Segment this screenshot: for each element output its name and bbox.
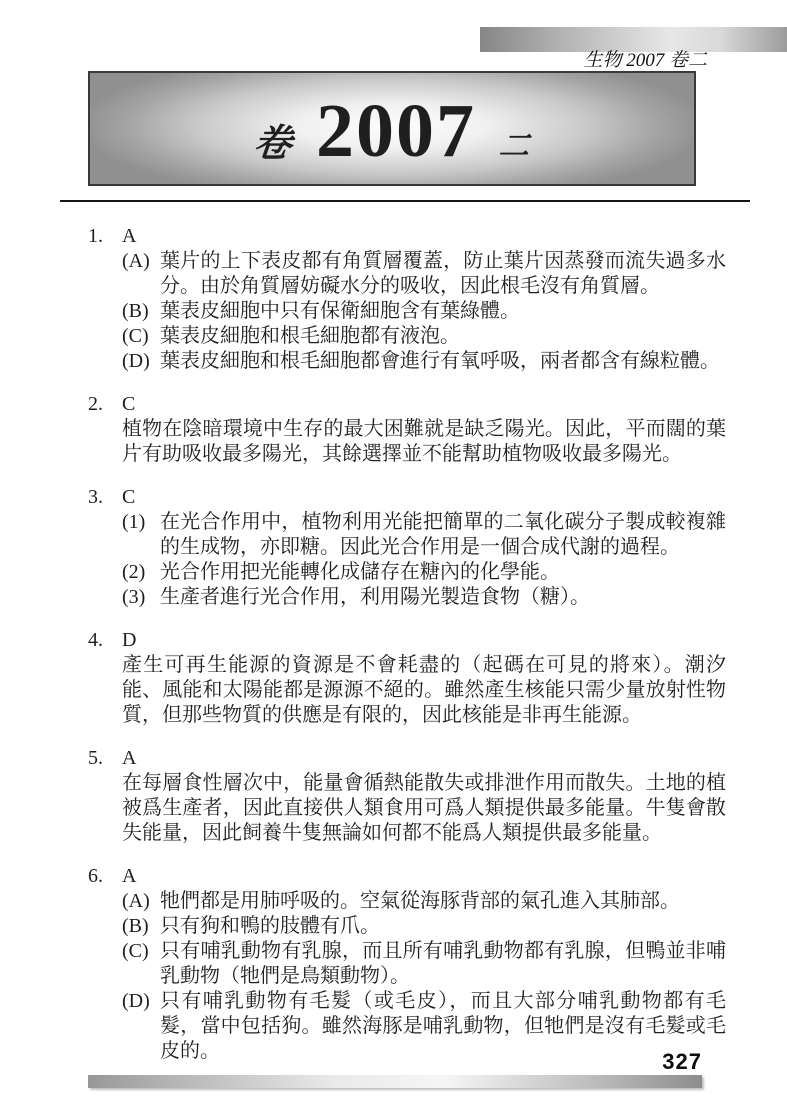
horizontal-rule xyxy=(60,200,750,202)
document-page: 生物 2007 卷二 卷 2007 二 1. A (A) 葉片的上下表皮都有角質… xyxy=(0,0,787,1117)
answer-letter: A xyxy=(122,864,136,889)
option-text: 只有哺乳動物有毛髮（或毛皮），而且大部分哺乳動物都有毛髮，當中包括狗。雖然海豚是… xyxy=(160,989,726,1064)
question-number: 6. xyxy=(88,864,122,889)
option-row: (C) 只有哺乳動物有乳腺，而且所有哺乳動物都有乳腺，但鴨並非哺乳動物（牠們是鳥… xyxy=(122,939,728,989)
question-number: 1. xyxy=(88,224,122,249)
option-label: (B) xyxy=(122,914,160,939)
answers-list: 1. A (A) 葉片的上下表皮都有角質層覆蓋，防止葉片因蒸發而流失過多水分。由… xyxy=(88,224,728,1082)
answer-letter: A xyxy=(122,224,136,249)
question-number: 3. xyxy=(88,485,122,510)
question-1: 1. A (A) 葉片的上下表皮都有角質層覆蓋，防止葉片因蒸發而流失過多水分。由… xyxy=(88,224,728,374)
answer-explanation: 在每層食性層次中，能量會循熱能散失或排泄作用而散失。土地的植被爲生產者，因此直接… xyxy=(122,771,726,846)
question-header: 2. C xyxy=(88,392,728,417)
option-row: (3) 生產者進行光合作用，利用陽光製造食物（糖）。 xyxy=(122,585,728,610)
banner-year: 2007 xyxy=(316,93,476,169)
question-header: 5. A xyxy=(88,746,728,771)
question-2: 2. C 植物在陰暗環境中生存的最大困難就是缺乏陽光。因此，平而闊的葉片有助吸收… xyxy=(88,392,728,467)
answer-explanation: 植物在陰暗環境中生存的最大困難就是缺乏陽光。因此，平而闊的葉片有助吸收最多陽光，… xyxy=(122,417,726,467)
option-row: (C) 葉表皮細胞和根毛細胞都有液泡。 xyxy=(122,324,728,349)
question-header: 6. A xyxy=(88,864,728,889)
question-number: 4. xyxy=(88,628,122,653)
option-text: 光合作用把光能轉化成儲存在糖內的化學能。 xyxy=(160,560,726,585)
answer-letter: C xyxy=(122,392,135,417)
question-5: 5. A 在每層食性層次中，能量會循熱能散失或排泄作用而散失。土地的植被爲生產者… xyxy=(88,746,728,846)
title-banner: 卷 2007 二 xyxy=(88,71,696,186)
question-6: 6. A (A) 牠們都是用肺呼吸的。空氣從海豚背部的氣孔進入其肺部。 (B) … xyxy=(88,864,728,1064)
option-label: (A) xyxy=(122,889,160,914)
page-number: 327 xyxy=(662,1049,702,1075)
option-label: (B) xyxy=(122,299,160,324)
banner-right-char: 二 xyxy=(497,121,533,165)
option-row: (B) 只有狗和鴨的肢體有爪。 xyxy=(122,914,728,939)
option-text: 只有哺乳動物有乳腺，而且所有哺乳動物都有乳腺，但鴨並非哺乳動物（牠們是鳥類動物）… xyxy=(160,939,726,989)
option-text: 在光合作用中，植物利用光能把簡單的二氧化碳分子製成較複雜的生成物，亦即糖。因此光… xyxy=(160,510,726,560)
option-text: 只有狗和鴨的肢體有爪。 xyxy=(160,914,726,939)
question-header: 1. A xyxy=(88,224,728,249)
option-row: (1) 在光合作用中，植物利用光能把簡單的二氧化碳分子製成較複雜的生成物，亦即糖… xyxy=(122,510,728,560)
option-label: (2) xyxy=(122,560,160,585)
option-text: 葉表皮細胞和根毛細胞都有液泡。 xyxy=(160,324,726,349)
question-header: 3. C xyxy=(88,485,728,510)
option-row: (B) 葉表皮細胞中只有保衛細胞含有葉綠體。 xyxy=(122,299,728,324)
option-row: (A) 牠們都是用肺呼吸的。空氣從海豚背部的氣孔進入其肺部。 xyxy=(122,889,728,914)
option-label: (3) xyxy=(122,585,160,610)
running-title: 生物 2007 卷二 xyxy=(583,45,707,72)
question-header: 4. D xyxy=(88,628,728,653)
option-label: (A) xyxy=(122,249,160,299)
footer-gradient-bar xyxy=(88,1075,702,1088)
option-text: 葉表皮細胞中只有保衛細胞含有葉綠體。 xyxy=(160,299,726,324)
question-number: 5. xyxy=(88,746,122,771)
option-label: (D) xyxy=(122,989,160,1064)
answer-letter: A xyxy=(122,746,136,771)
option-row: (A) 葉片的上下表皮都有角質層覆蓋，防止葉片因蒸發而流失過多水分。由於角質層妨… xyxy=(122,249,728,299)
option-text: 葉片的上下表皮都有角質層覆蓋，防止葉片因蒸發而流失過多水分。由於角質層妨礙水分的… xyxy=(160,249,726,299)
question-4: 4. D 產生可再生能源的資源是不會耗盡的（起碼在可見的將來）。潮汐能、風能和太… xyxy=(88,628,728,728)
option-label: (C) xyxy=(122,939,160,989)
option-label: (D) xyxy=(122,349,160,374)
answer-explanation: 產生可再生能源的資源是不會耗盡的（起碼在可見的將來）。潮汐能、風能和太陽能都是源… xyxy=(122,653,726,728)
option-row: (D) 葉表皮細胞和根毛細胞都會進行有氧呼吸，兩者都含有線粒體。 xyxy=(122,349,728,374)
option-text: 牠們都是用肺呼吸的。空氣從海豚背部的氣孔進入其肺部。 xyxy=(160,889,726,914)
answer-letter: C xyxy=(122,485,135,510)
option-label: (1) xyxy=(122,510,160,560)
option-text: 生產者進行光合作用，利用陽光製造食物（糖）。 xyxy=(160,585,726,610)
answer-letter: D xyxy=(122,628,136,653)
option-label: (C) xyxy=(122,324,160,349)
option-row: (2) 光合作用把光能轉化成儲存在糖內的化學能。 xyxy=(122,560,728,585)
question-number: 2. xyxy=(88,392,122,417)
option-text: 葉表皮細胞和根毛細胞都會進行有氧呼吸，兩者都含有線粒體。 xyxy=(160,349,726,374)
option-row: (D) 只有哺乳動物有毛髮（或毛皮），而且大部分哺乳動物都有毛髮，當中包括狗。雖… xyxy=(122,989,728,1064)
banner-left-char: 卷 xyxy=(251,112,295,167)
question-3: 3. C (1) 在光合作用中，植物利用光能把簡單的二氧化碳分子製成較複雜的生成… xyxy=(88,485,728,610)
